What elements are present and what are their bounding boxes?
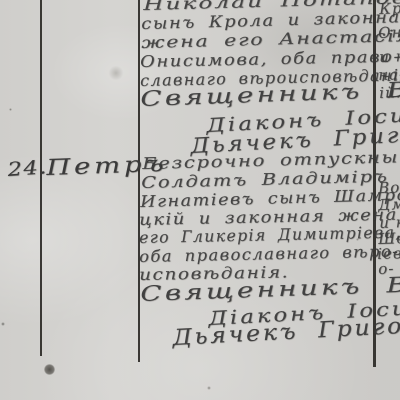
margin-fragment: на- — [378, 67, 400, 83]
margin-fragment: ій. — [379, 85, 400, 101]
paper-speck — [9, 108, 12, 111]
entry-number: 24. — [7, 158, 48, 180]
paper-speck — [207, 386, 211, 390]
margin-fragment: о- — [378, 261, 395, 277]
margin-fragment: Во — [378, 180, 400, 196]
scanned-register-page: Николай Потаповъ сынъ Крола и законная ж… — [0, 0, 400, 400]
margin-fragment: Дм — [378, 197, 400, 213]
paper-smudge — [108, 66, 124, 80]
ink-blot — [44, 364, 55, 375]
margin-fragment: Он — [378, 25, 400, 41]
margin-fragment: и к — [379, 49, 400, 65]
margin-fragment: Кр — [379, 1, 400, 17]
paper-speck — [1, 322, 5, 326]
